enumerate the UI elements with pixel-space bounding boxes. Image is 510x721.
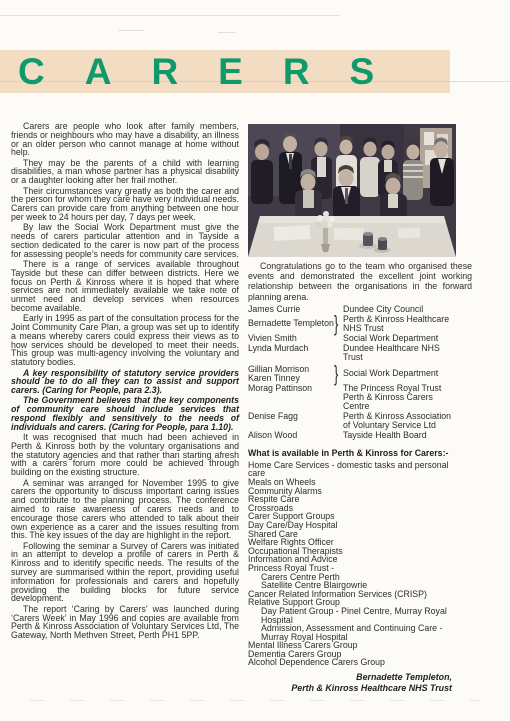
services-list: Home Care Services - domestic tasks and … — [248, 461, 472, 667]
credit-org-line: Dundee City Council — [343, 305, 472, 314]
credit-row: Lynda Murdach Dundee Healthcare NHS Trus… — [248, 344, 472, 362]
credit-row: Alison Wood Tayside Health Board — [248, 431, 472, 440]
paragraph: They may be the parents of a child with … — [11, 159, 239, 185]
quote-paragraph: The Government believes that the key com… — [11, 396, 239, 431]
scan-artifact-line — [30, 700, 480, 701]
credits-list: James Currie Dundee City Council Bernade… — [248, 305, 472, 440]
signature-name: Bernadette Templeton, — [248, 672, 452, 683]
brace-glyph: } — [334, 366, 343, 381]
credit-row: Denise Fagg Perth & Kinross Association … — [248, 412, 472, 430]
credit-row: Vivien Smith Social Work Department — [248, 334, 472, 343]
credit-name: Vivien Smith — [248, 334, 334, 343]
scan-artifact-dash — [218, 32, 236, 33]
right-column: Congratulations go to the team who organ… — [248, 124, 472, 694]
paragraph: Early in 1995 as part of the consultatio… — [11, 314, 239, 367]
credit-org-line: Social Work Department — [343, 334, 472, 343]
paragraph: The report ‘Caring by Carers’ was launch… — [11, 605, 239, 640]
credit-org-line: of Voluntary Service Ltd — [343, 421, 472, 430]
services-heading: What is available in Perth & Kinross for… — [248, 448, 472, 458]
photo-caption: Congratulations go to the team who organ… — [248, 261, 472, 302]
credit-row: Morag Pattinson The Princess Royal Trust… — [248, 384, 472, 411]
paragraph: Their circumstances vary greatly as both… — [11, 187, 239, 222]
credit-org-line: Trust — [343, 353, 472, 362]
service-line: Home Care Services - domestic tasks and … — [248, 461, 472, 470]
credit-org: Perth & Kinross Association of Voluntary… — [343, 412, 472, 430]
credit-org: Dundee Healthcare NHS Trust — [343, 344, 472, 362]
credit-name: Morag Pattinson — [248, 384, 334, 393]
credit-org: Perth & Kinross Healthcare NHS Trust — [343, 315, 472, 333]
credit-row: Bernadette Templeton } Perth & Kinross H… — [248, 315, 472, 333]
credit-name: Lynda Murdach — [248, 344, 334, 353]
credit-name: Denise Fagg — [248, 412, 334, 421]
paragraph: A seminar was arranged for November 1995… — [11, 479, 239, 541]
page-title: CARERS — [18, 53, 488, 91]
credit-name: James Currie — [248, 305, 334, 314]
credit-org-line: Tayside Health Board — [343, 431, 472, 440]
paragraph: Carers are people who look after family … — [11, 122, 239, 157]
credit-name: Bernadette Templeton — [248, 319, 334, 328]
signature-organisation: Perth & Kinross Healthcare NHS Trust — [248, 683, 452, 694]
credit-name: Alison Wood — [248, 431, 334, 440]
credit-org: Dundee City Council — [343, 305, 472, 314]
service-item: Home Care Services - domestic tasks and … — [248, 461, 472, 478]
credit-name-line: Karen Tinney — [248, 374, 334, 383]
brace-glyph: } — [334, 316, 343, 331]
signature: Bernadette Templeton, Perth & Kinross He… — [248, 672, 472, 694]
credit-org-line: Social Work Department — [343, 369, 472, 378]
credit-row: James Currie Dundee City Council — [248, 305, 472, 314]
credit-org: Social Work Department — [343, 334, 472, 343]
left-column: Carers are people who look after family … — [11, 122, 239, 641]
paragraph: There is a range of services available t… — [11, 260, 239, 313]
quote-paragraph: A key responsibility of statutory servic… — [11, 369, 239, 395]
scan-artifact-dash — [118, 30, 144, 31]
service-item: Alcohol Dependence Carers Group — [248, 658, 472, 667]
group-photo-image — [248, 124, 456, 257]
credit-name: Gillian Morrison Karen Tinney — [248, 365, 334, 383]
paragraph: It was recognised that much had been ach… — [11, 433, 239, 477]
scan-artifact-line — [0, 15, 340, 16]
paragraph: Following the seminar a Survey of Carers… — [11, 542, 239, 604]
service-item: Admission, Assessment and Continuing Car… — [248, 624, 472, 641]
service-item: Day Patient Group - Pinel Centre, Murray… — [248, 607, 472, 624]
credit-row: Gillian Morrison Karen Tinney } Social W… — [248, 365, 472, 383]
credit-org: The Princess Royal Trust Perth & Kinross… — [343, 384, 472, 411]
credit-org-line: Centre — [343, 402, 472, 411]
credit-org: Social Work Department — [343, 369, 472, 378]
paragraph: By law the Social Work Department must g… — [11, 223, 239, 258]
credit-org-line: NHS Trust — [343, 324, 472, 333]
group-photo — [248, 124, 456, 257]
credit-org: Tayside Health Board — [343, 431, 472, 440]
